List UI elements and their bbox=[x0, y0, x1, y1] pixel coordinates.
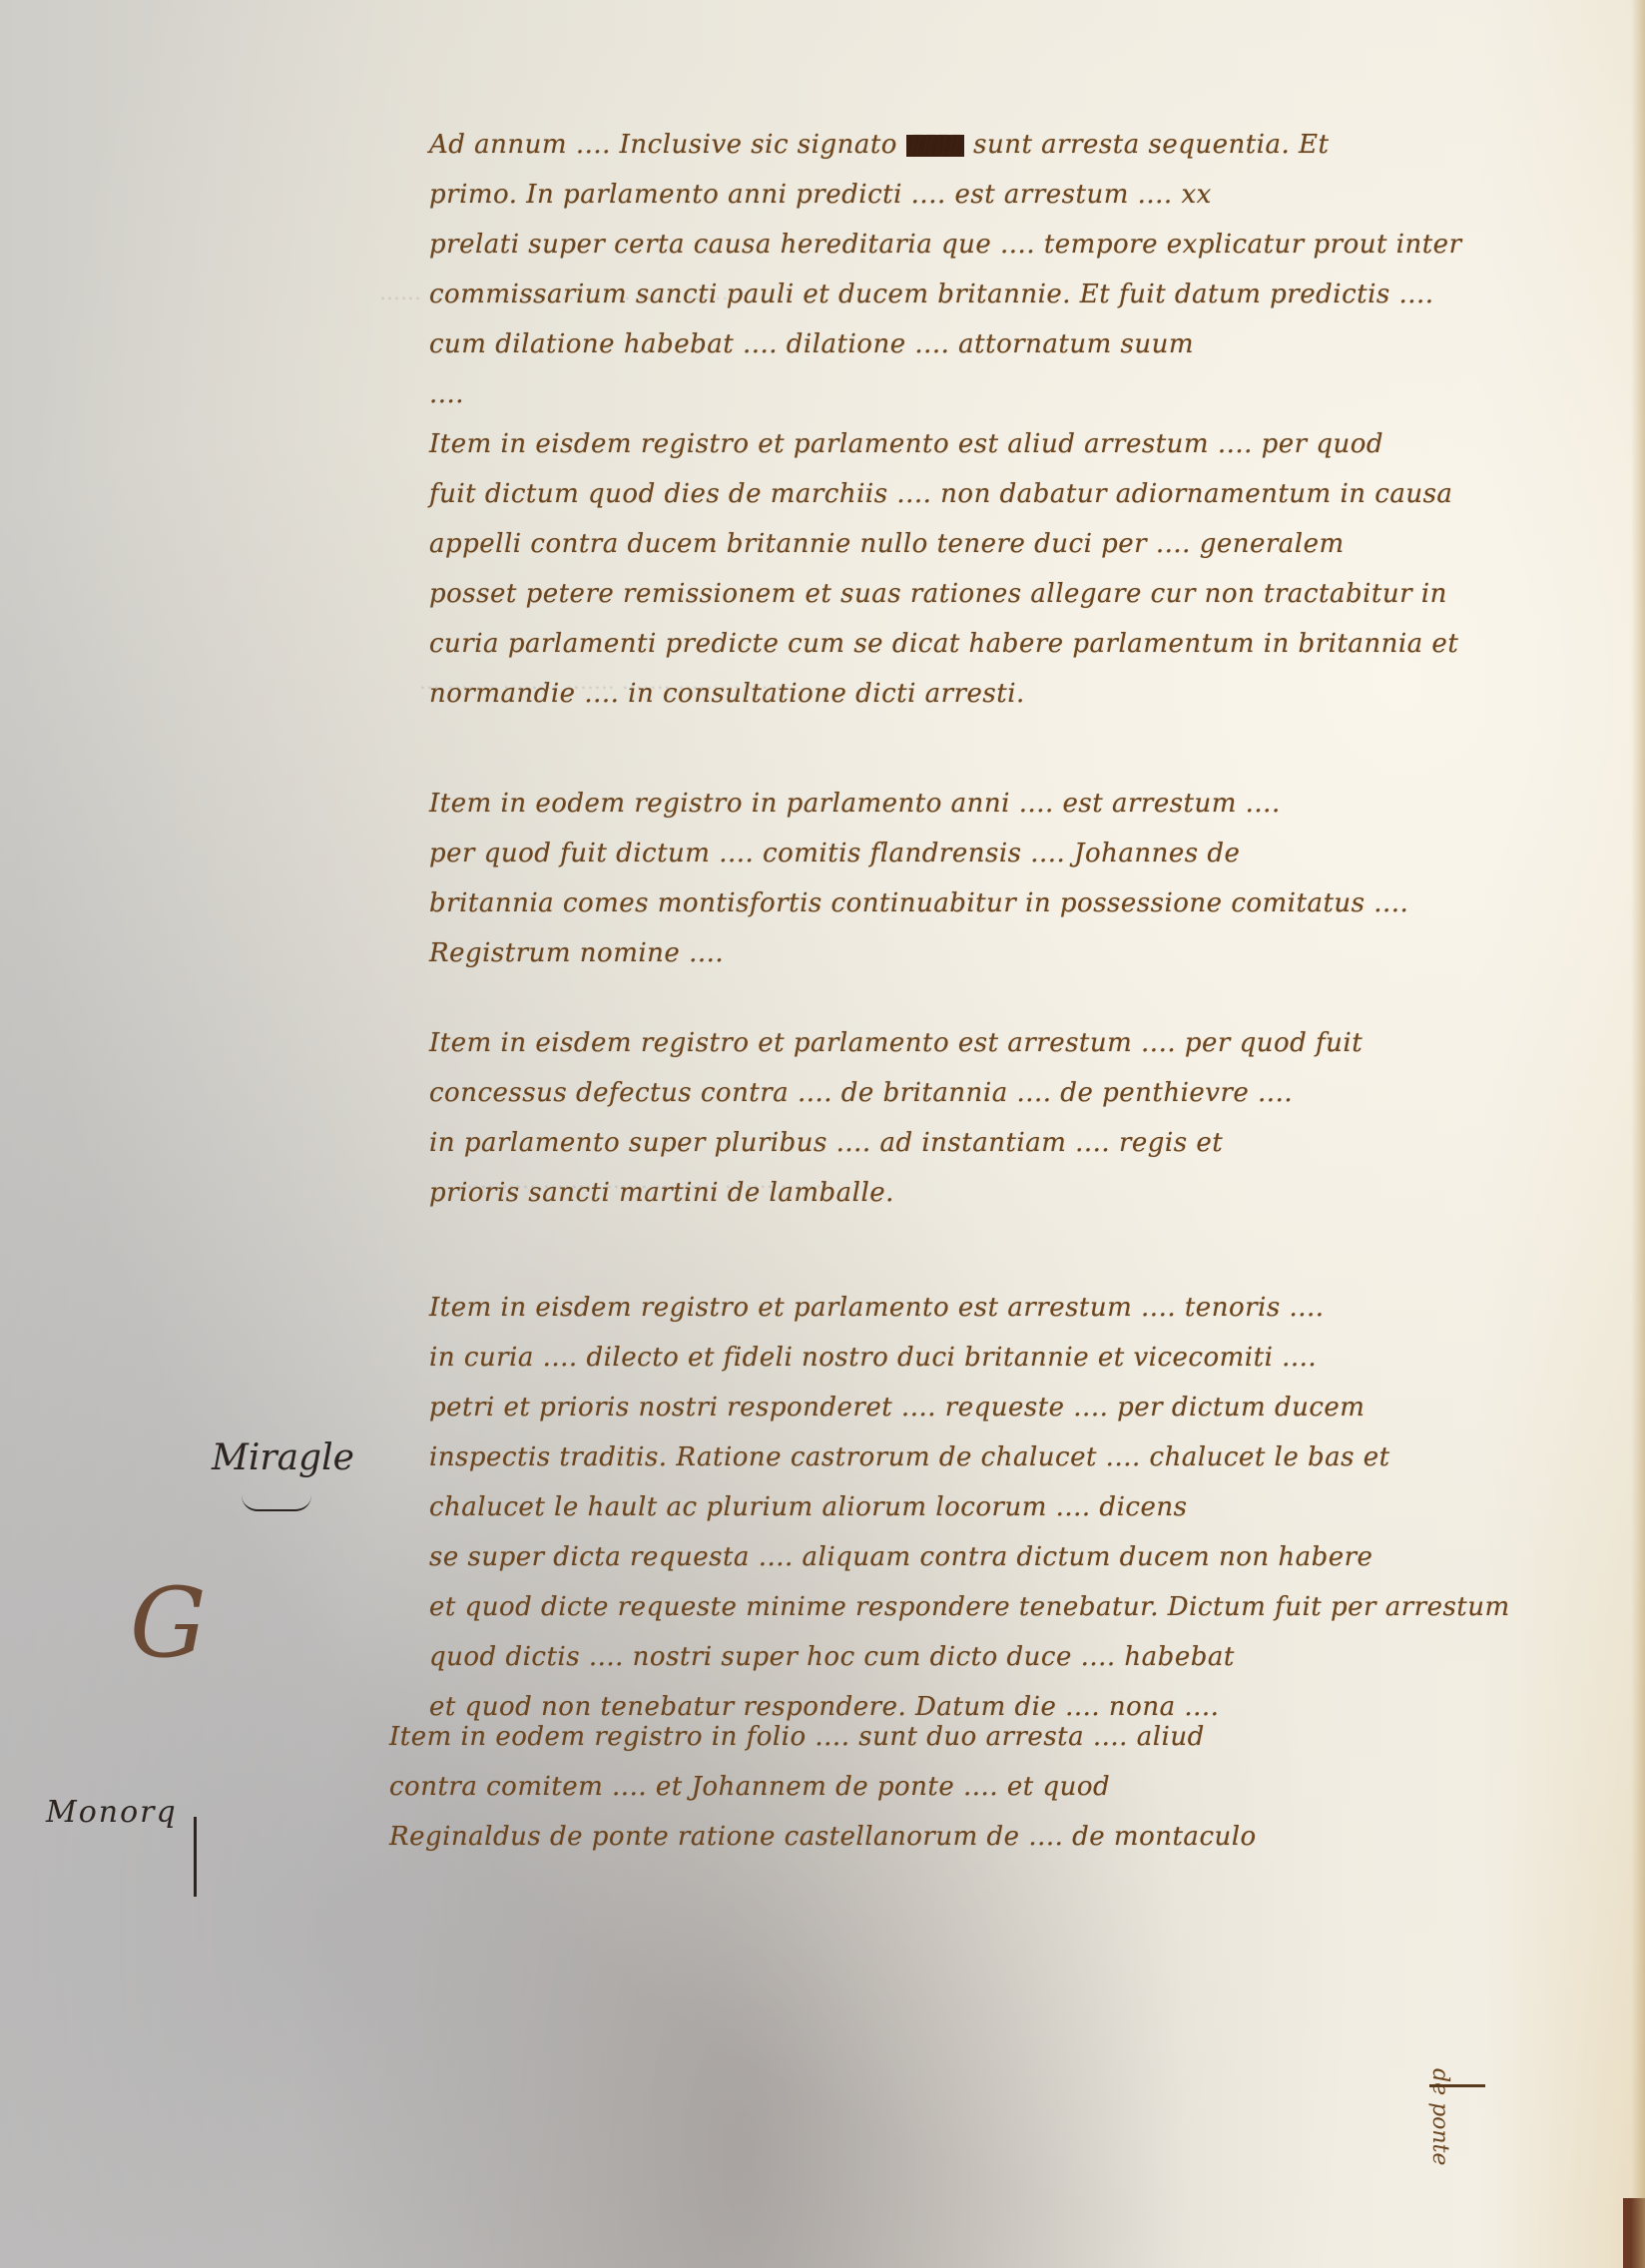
text-line: primo. In parlamento anni predicti .... … bbox=[429, 170, 1462, 220]
text-line: Item in eisdem registro et parlamento es… bbox=[429, 1018, 1363, 1068]
text-line: appelli contra ducem britannie nullo ten… bbox=[429, 519, 1458, 569]
text-line: posset petere remissionem et suas ration… bbox=[429, 569, 1458, 619]
text-line: prelati super certa causa hereditaria qu… bbox=[429, 220, 1462, 270]
text-line: Item in eisdem registro et parlamento es… bbox=[429, 1283, 1510, 1333]
catchword-stroke bbox=[1429, 2084, 1485, 2087]
text-line-content: sunt arresta sequentia. Et bbox=[973, 130, 1329, 160]
paragraph-4: Item in eisdem registro et parlamento es… bbox=[429, 1018, 1363, 1218]
text-line: cum dilatione habebat .... dilatione ...… bbox=[429, 319, 1462, 369]
text-line: Ad annum .... Inclusive sic signato IIII… bbox=[429, 120, 1462, 170]
margin-note-g: G bbox=[130, 1567, 207, 1679]
text-line: contra comitem .... et Johannem de ponte… bbox=[389, 1762, 1257, 1812]
text-line: quod dictis .... nostri super hoc cum di… bbox=[429, 1632, 1510, 1682]
text-line: in curia .... dilecto et fideli nostro d… bbox=[429, 1333, 1510, 1383]
text-line: commissarium sancti pauli et ducem brita… bbox=[429, 270, 1462, 319]
text-line: chalucet le hault ac plurium aliorum loc… bbox=[429, 1482, 1510, 1532]
margin-note-miragle: Miragle bbox=[212, 1437, 354, 1478]
descender-stroke bbox=[194, 1817, 197, 1897]
text-line: petri et prioris nostri responderet ....… bbox=[429, 1383, 1510, 1432]
text-line: Item in eodem registro in folio .... sun… bbox=[389, 1712, 1257, 1762]
margin-note-monorq: Monorq bbox=[46, 1795, 178, 1830]
paragraph-3: Item in eodem registro in parlamento ann… bbox=[429, 779, 1408, 978]
text-line: curia parlamenti predicte cum se dicat h… bbox=[429, 619, 1458, 669]
text-line: Reginaldus de ponte ratione castellanoru… bbox=[389, 1812, 1257, 1862]
text-line: Registrum nomine .... bbox=[429, 928, 1408, 978]
heading-numeral: IIII bbox=[906, 135, 965, 157]
text-line: normandie .... in consultatione dicti ar… bbox=[429, 669, 1458, 719]
text-line: britannia comes montisfortis continuabit… bbox=[429, 878, 1408, 928]
paragraph-6: Item in eodem registro in folio .... sun… bbox=[389, 1712, 1257, 1862]
catchword-de-ponte: de ponte bbox=[1427, 2068, 1452, 2165]
text-line: per quod fuit dictum .... comitis flandr… bbox=[429, 829, 1408, 878]
page-edge-shadow bbox=[1623, 2198, 1645, 2268]
text-line: concessus defectus contra .... de britan… bbox=[429, 1068, 1363, 1118]
manuscript-page: ....... ...... ...... ..... ....... ....… bbox=[0, 0, 1645, 2268]
text-line: prioris sancti martini de lamballe. bbox=[429, 1168, 1363, 1218]
text-line: et quod dicte requeste minime respondere… bbox=[429, 1582, 1510, 1632]
text-line-content: Ad annum .... Inclusive sic signato bbox=[429, 130, 897, 160]
text-line: Item in eisdem registro et parlamento es… bbox=[429, 419, 1458, 469]
text-line: se super dicta requesta .... aliquam con… bbox=[429, 1532, 1510, 1582]
paragraph-5: Item in eisdem registro et parlamento es… bbox=[429, 1283, 1510, 1732]
paragraph-2: Item in eisdem registro et parlamento es… bbox=[429, 419, 1458, 719]
text-line: .... bbox=[429, 369, 1462, 419]
text-line: Item in eodem registro in parlamento ann… bbox=[429, 779, 1408, 829]
underline-flourish bbox=[242, 1495, 311, 1511]
paragraph-1: Ad annum .... Inclusive sic signato IIII… bbox=[429, 120, 1462, 419]
text-line: in parlamento super pluribus .... ad ins… bbox=[429, 1118, 1363, 1168]
text-line: fuit dictum quod dies de marchiis .... n… bbox=[429, 469, 1458, 519]
text-line: inspectis traditis. Ratione castrorum de… bbox=[429, 1432, 1510, 1482]
